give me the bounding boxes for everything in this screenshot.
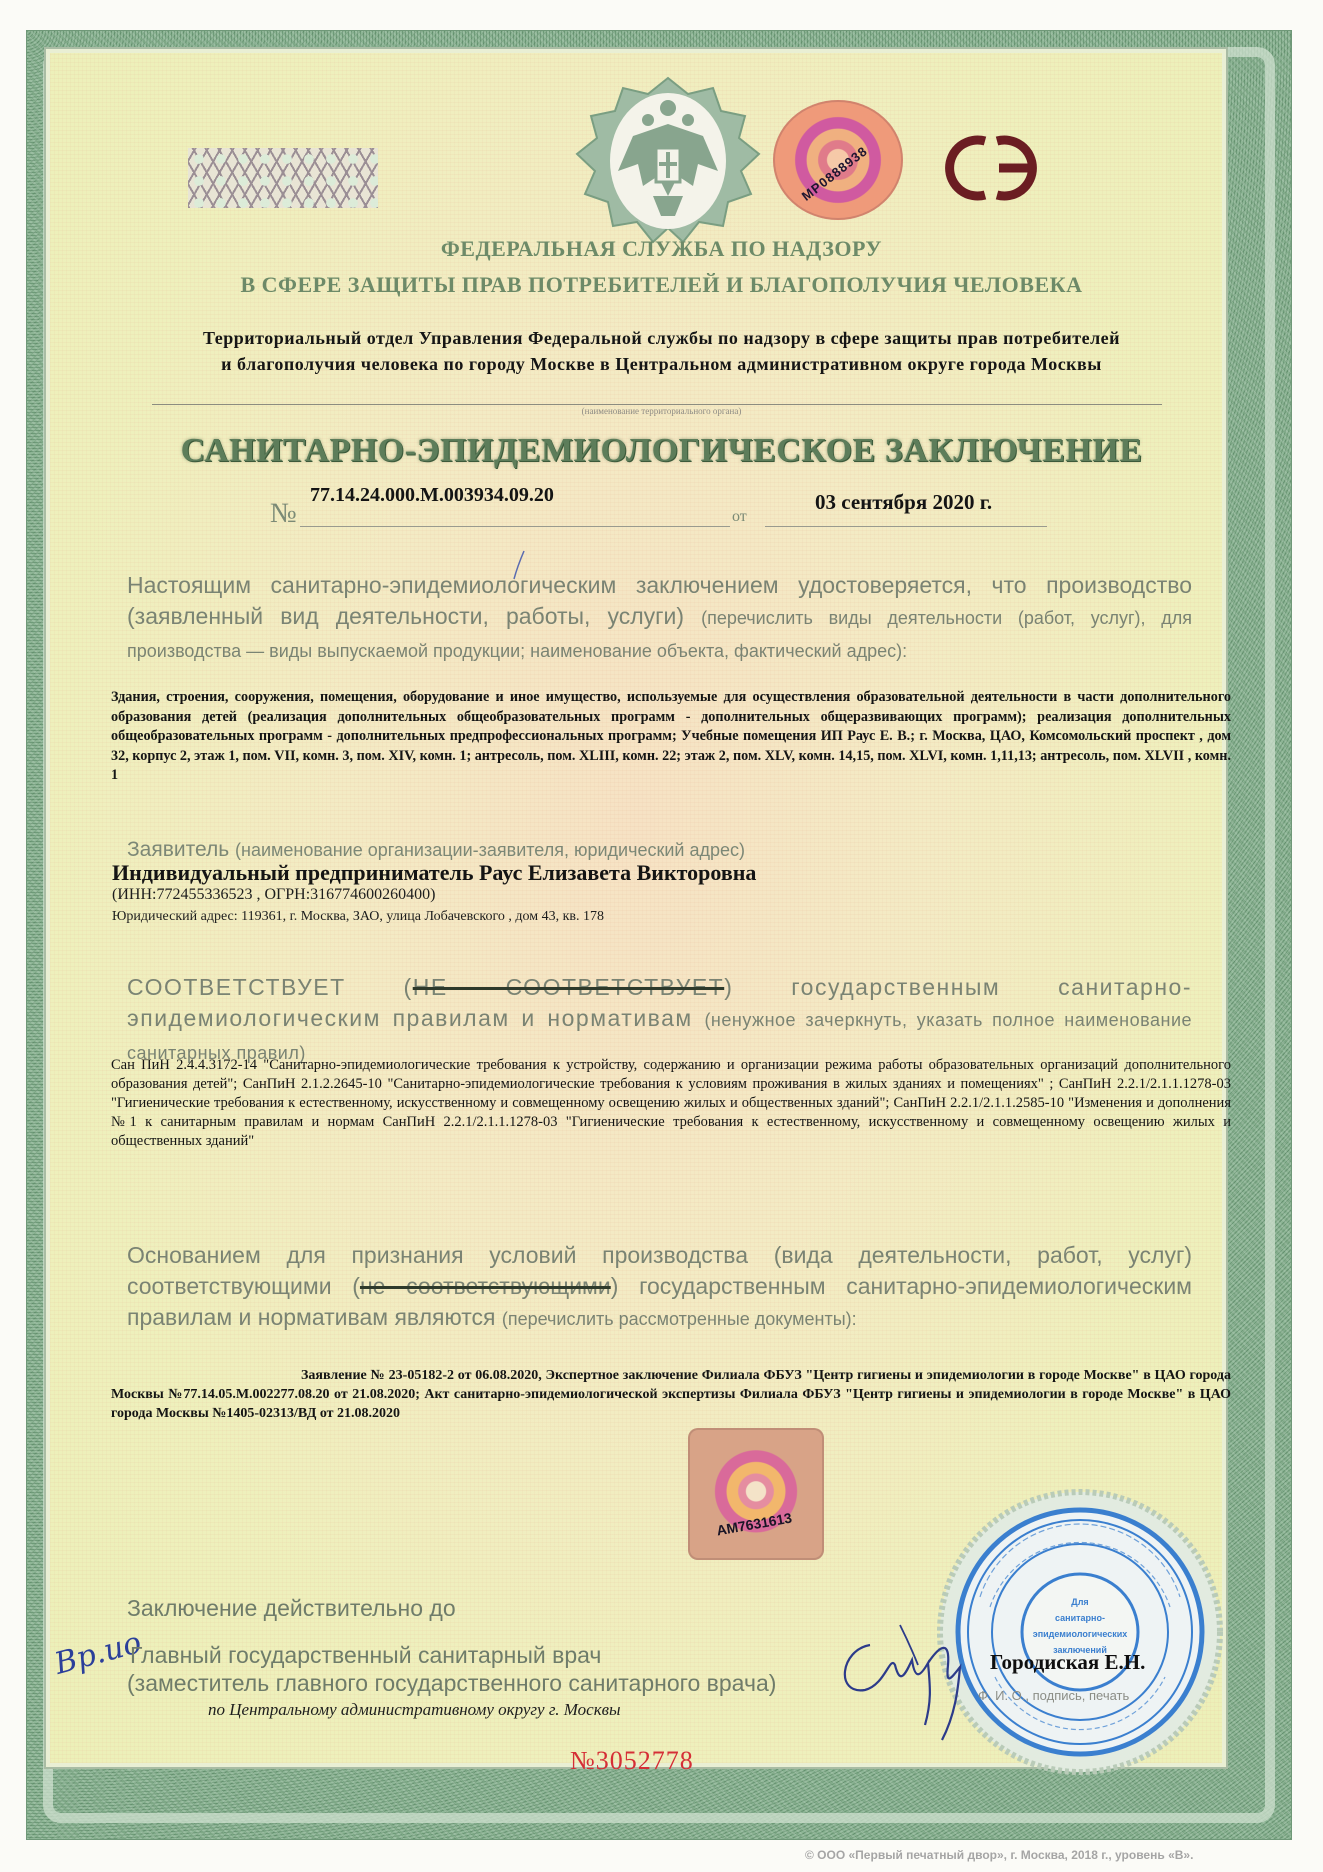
number-label: №	[270, 498, 297, 530]
compliance-section: СООТВЕТСТВУЕТ (НЕ СООТВЕТСТВУЕТ) государ…	[127, 972, 1192, 1069]
compliance-status: СООТВЕТСТВУЕТ	[127, 974, 346, 1000]
agency-name-line-2: В СФЕРЕ ЗАЩИТЫ ПРАВ ПОТРЕБИТЕЛЕЙ И БЛАГО…	[0, 272, 1323, 298]
activity-section-intro: Настоящим санитарно-эпидемиологическим з…	[127, 570, 1192, 667]
applicant-address: Юридический адрес: 119361, г. Москва, ЗА…	[112, 909, 604, 925]
basis-bracket-open: (	[352, 1273, 360, 1299]
applicant-label-text: Заявитель	[127, 838, 229, 861]
hologram-seal-top: МР0888938	[773, 100, 903, 220]
svg-text:санитарно-: санитарно-	[1055, 1613, 1105, 1623]
date-underline	[765, 526, 1047, 527]
document-date: 03 сентября 2020 г.	[815, 490, 992, 515]
basis-section: Основанием для признания условий произво…	[127, 1240, 1192, 1335]
hologram-code-top: МР0888938	[799, 143, 871, 204]
signer-caption: Ф. И. О., подпись, печать	[978, 1688, 1129, 1703]
deputy-doctor-title: (заместитель главного государственного с…	[127, 1670, 776, 1697]
compliance-struck-option: НЕ СООТВЕТСТВУЕТ	[413, 974, 725, 1000]
svg-text:Для: Для	[1071, 1597, 1088, 1607]
form-serial-number: №3052778	[570, 1746, 694, 1776]
applicant-ids: (ИНН:772455336523 , ОГРН:316774600260400…	[112, 886, 435, 904]
document-number: 77.14.24.000.М.003934.09.20	[310, 484, 554, 507]
basis-struck-option: не соответствующими	[360, 1273, 611, 1299]
handwritten-signature-icon	[830, 1605, 1000, 1745]
signer-name: Городиская Е.Н.	[990, 1650, 1145, 1675]
compliance-bracket-close: )	[724, 974, 733, 1000]
hologram-code-bottom: АМ7631613	[715, 1509, 793, 1538]
applicant-note: (наименование организации-заявителя, юри…	[235, 840, 745, 860]
district-caption: по Центральному административному округу…	[208, 1700, 621, 1720]
compliance-bracket-open: (	[404, 974, 413, 1000]
document-title: САНИТАРНО-ЭПИДЕМИОЛОГИЧЕСКОЕ ЗАКЛЮЧЕНИЕ	[0, 432, 1323, 470]
applicant-name: Индивидуальный предприниматель Раус Елиз…	[112, 860, 756, 886]
territorial-office-underline	[152, 404, 1162, 405]
security-hologram-strip	[188, 148, 378, 208]
territorial-office-caption: (наименование территориального органа)	[0, 406, 1323, 416]
basis-documents-text: Заявление № 23-05182-2 от 06.08.2020, Эк…	[111, 1368, 1231, 1421]
territorial-office-name: Территориальный отдел Управления Федерал…	[0, 325, 1323, 377]
se-logo-icon	[935, 133, 1055, 203]
territorial-office-line-2: и благополучия человека по городу Москве…	[0, 351, 1323, 377]
territorial-office-line-1: Территориальный отдел Управления Федерал…	[0, 325, 1323, 351]
agency-name-line-1: ФЕДЕРАЛЬНАЯ СЛУЖБА ПО НАДЗОРУ	[0, 236, 1323, 262]
svg-text:эпидемиологических: эпидемиологических	[1033, 1629, 1128, 1639]
applicant-label: Заявитель (наименование организации-заяв…	[127, 838, 745, 862]
activity-details: Здания, строения, сооружения, помещения,…	[111, 688, 1231, 786]
number-underline	[300, 526, 730, 527]
printer-imprint: © ООО «Первый печатный двор», г. Москва,…	[805, 1848, 1193, 1862]
sanitary-rules-list: Сан ПиН 2.4.4.3172-14 "Санитарно-эпидеми…	[111, 1056, 1231, 1151]
double-headed-eagle-emblem-icon	[563, 76, 773, 246]
date-label: от	[732, 508, 747, 526]
basis-note: (перечислить рассмотренные документы):	[502, 1309, 857, 1329]
hologram-seal-bottom: АМ7631613	[688, 1428, 824, 1560]
basis-documents-list: Заявление № 23-05182-2 от 06.08.2020, Эк…	[111, 1366, 1231, 1423]
valid-until-label: Заключение действительно до	[127, 1595, 456, 1622]
basis-bracket-close: )	[611, 1273, 619, 1299]
chief-doctor-title: Главный государственный санитарный врач	[130, 1642, 601, 1669]
